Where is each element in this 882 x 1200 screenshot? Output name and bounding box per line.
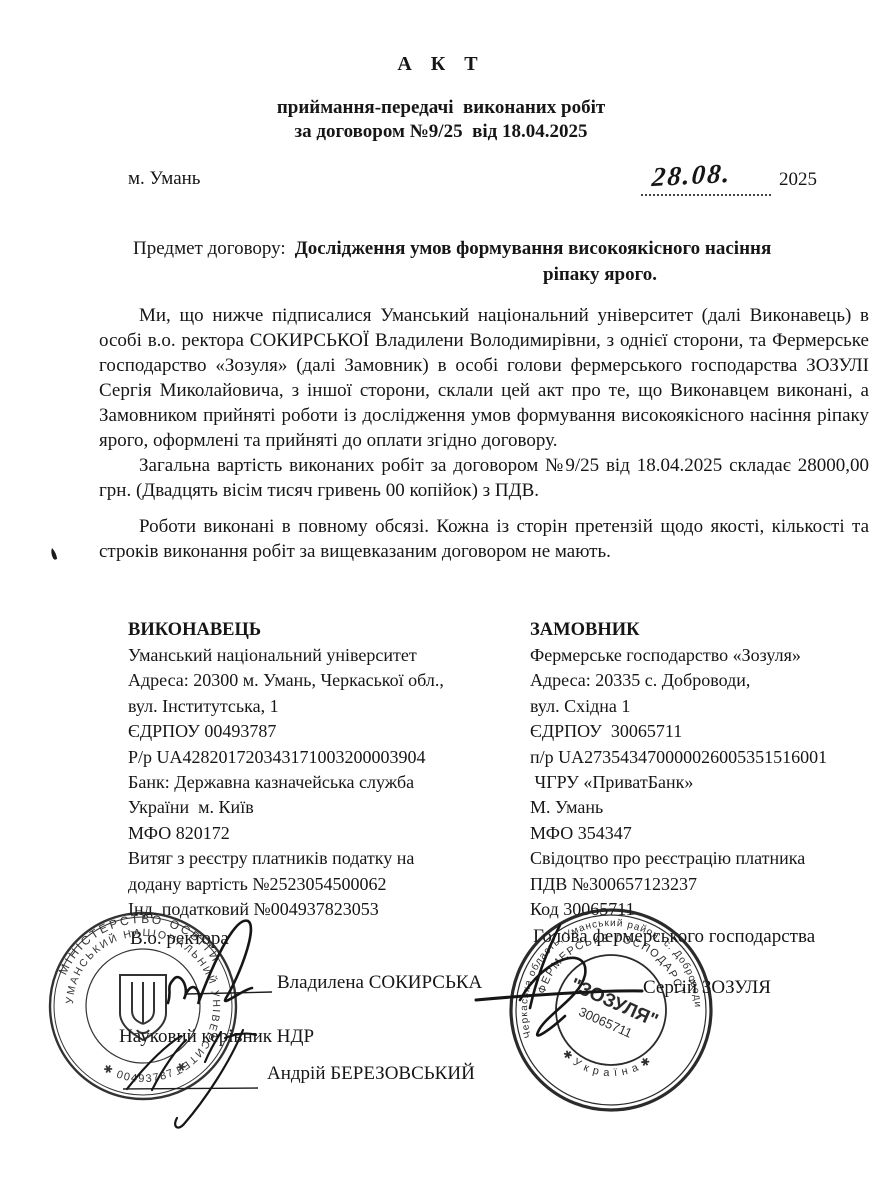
- customer-line: ЧГРУ «ПриватБанк»: [530, 770, 880, 795]
- subject-label: Предмет договору:: [133, 238, 286, 259]
- date-year: 2025: [779, 169, 817, 191]
- body-paragraphs: Ми, що нижче підписалися Уманський націо…: [99, 303, 869, 564]
- customer-line: МФО 354347: [530, 821, 880, 846]
- customer-line: ЄДРПОУ 30065711: [530, 719, 880, 744]
- subject-text: Дослідження умов формування високоякісно…: [295, 238, 772, 259]
- stamp-farm-code: 30065711: [576, 1004, 634, 1041]
- ink-speck: [51, 548, 57, 560]
- document-subtitle: приймання-передачі виконаних робіт за до…: [0, 96, 882, 144]
- paragraph: Ми, що нижче підписалися Уманський націо…: [99, 303, 869, 453]
- executor-line: вул. Інститутська, 1: [128, 694, 523, 719]
- customer-signer-role: Голова фермерського господарства: [533, 926, 815, 948]
- document-page: А К Т приймання-передачі виконаних робіт…: [0, 0, 882, 1200]
- customer-line: Адреса: 20335 с. Доброводи,: [530, 668, 880, 693]
- stamp-country-text: ✱ У к р а ї н а ✱: [560, 1048, 654, 1079]
- paragraph: Роботи виконані в повному обсязі. Кожна …: [99, 514, 869, 564]
- executor-line: Уманський національний університет: [128, 643, 523, 668]
- page-title: А К Т: [0, 53, 882, 76]
- signature-line-2: [123, 1088, 258, 1089]
- customer-details: ЗАМОВНИК Фермерське господарство «Зозуля…: [530, 617, 880, 922]
- subject-line: Предмет договору:Дослідження умов формув…: [133, 238, 771, 260]
- subject-text-continued: ріпаку ярого.: [543, 264, 657, 286]
- stamp-inner-circle: [556, 955, 666, 1065]
- executor-line: Адреса: 20300 м. Умань, Черкаської обл.,: [128, 668, 523, 693]
- stamp-university-code: ✱ 00493787 ✱: [101, 1060, 190, 1086]
- executor-line: МФО 820172: [128, 821, 523, 846]
- executor-line: України м. Київ: [128, 795, 523, 820]
- subtitle-line-1: приймання-передачі виконаних робіт: [0, 96, 882, 120]
- executor-line: Р/р UA428201720343171003200003904: [128, 745, 523, 770]
- executor-signer-name-1: Владилена СОКИРСЬКА: [277, 972, 482, 994]
- executor-signer-role-2: Науковий керівник НДР: [119, 1026, 314, 1048]
- executor-line: Витяг з реєстру платників податку на: [128, 846, 523, 871]
- executor-signer-name-2: Андрій БЕРЕЗОВСЬКИЙ: [267, 1063, 475, 1085]
- paragraph: Загальна вартість виконаних робіт за дог…: [99, 453, 869, 503]
- customer-line: ПДВ №300657123237: [530, 872, 880, 897]
- executor-line: ЄДРПОУ 00493787: [128, 719, 523, 744]
- executor-line: Інд. податковий №004937823053: [128, 897, 523, 922]
- customer-heading: ЗАМОВНИК: [530, 617, 880, 643]
- customer-signer-name: Сергій ЗОЗУЛЯ: [643, 977, 771, 999]
- customer-line: Фермерське господарство «Зозуля»: [530, 643, 880, 668]
- handwritten-date: 28.08.: [651, 158, 733, 193]
- executor-signer-role-1: В.о. ректора: [130, 928, 229, 950]
- place-label: м. Умань: [128, 168, 200, 190]
- executor-line: додану вартість №2523054500062: [128, 872, 523, 897]
- signature-line-1: [186, 992, 272, 994]
- executor-line: Банк: Державна казначейська служба: [128, 770, 523, 795]
- customer-line: Свідоцтво про реєстрацію платника: [530, 846, 880, 871]
- subtitle-line-2: за договором №9/25 від 18.04.2025: [0, 120, 882, 144]
- executor-details: ВИКОНАВЕЦЬ Уманський національний універ…: [128, 617, 523, 922]
- executor-heading: ВИКОНАВЕЦЬ: [128, 617, 523, 643]
- customer-line: п/р UA273543470000026005351516001: [530, 745, 880, 770]
- customer-line: М. Умань: [530, 795, 880, 820]
- customer-line: вул. Східна 1: [530, 694, 880, 719]
- customer-line: Код 30065711: [530, 897, 880, 922]
